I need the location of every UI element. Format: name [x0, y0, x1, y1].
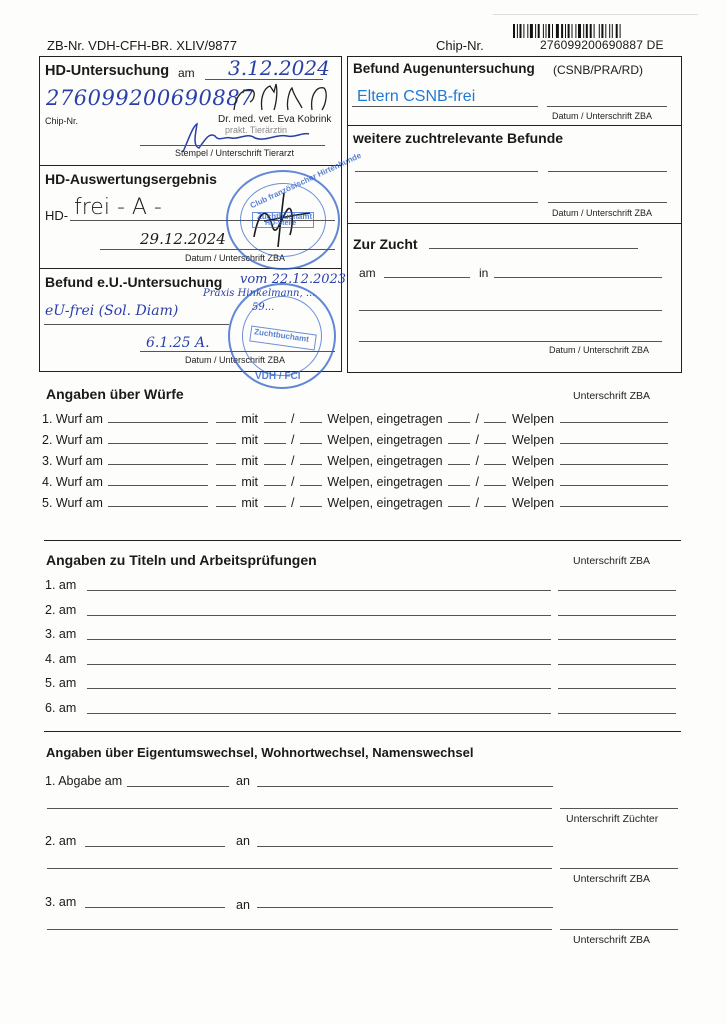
wurf-welpen-label: Welpen, eingetragen [327, 433, 442, 447]
titel-entry-field[interactable] [87, 713, 551, 714]
wurf-female-count-field[interactable] [300, 475, 322, 486]
wechsel-an-label: an [236, 834, 250, 848]
titel-row-label: 2. am [45, 603, 76, 617]
section-divider-2 [44, 731, 681, 732]
wurf-mit-label: mit [241, 412, 258, 426]
hd-result-value[interactable]: frei - A - [74, 195, 162, 220]
wurf-row: 1. Wurf am mit / Welpen, eingetragen / W… [42, 412, 670, 426]
wurf-male-count-field[interactable] [264, 433, 286, 444]
section-divider-1 [44, 540, 681, 541]
wechsel-address-field[interactable] [47, 868, 552, 869]
animal-pictograms-icon [230, 80, 330, 116]
wurf-welpen2-label: Welpen [512, 475, 554, 489]
wurf-welpen-label: Welpen, eingetragen [327, 496, 442, 510]
wechsel-row-label: 3. am [45, 895, 76, 909]
hd-untersuchung-chip-label: Chip-Nr. [45, 116, 78, 126]
wurf-registered-male-field[interactable] [448, 454, 470, 465]
wurf-year-field[interactable] [216, 496, 236, 507]
wurf-welpen2-label: Welpen [512, 412, 554, 426]
wechsel-recipient-field[interactable] [257, 846, 553, 847]
wurf-welpen2-label: Welpen [512, 496, 554, 510]
eu-result[interactable]: eU-frei (Sol. Diam) [45, 303, 178, 319]
wurf-registered-female-field[interactable] [484, 475, 506, 486]
hd-untersuchung-date[interactable]: 3.12.2024 [228, 56, 330, 80]
wurf-female-count-field[interactable] [300, 412, 322, 423]
titel-signature-label: Unterschrift ZBA [573, 555, 650, 567]
wurf-male-count-field[interactable] [264, 454, 286, 465]
wurf-registered-female-field[interactable] [484, 433, 506, 444]
titel-signature-field[interactable] [558, 688, 676, 689]
wurf-row: 3. Wurf am mit / Welpen, eingetragen / W… [42, 454, 670, 468]
wurf-female-count-field[interactable] [300, 454, 322, 465]
hd-untersuchung-title: HD-Untersuchung [45, 63, 169, 79]
club-stamp-2-bottom: VDH / FCI [255, 371, 301, 382]
weitere-line-2[interactable] [355, 202, 538, 203]
augen-value-line[interactable] [352, 106, 538, 107]
wurf-label: 1. Wurf am [42, 412, 103, 426]
wechsel-signature-label: Unterschrift ZBA [573, 934, 650, 946]
eu-date[interactable]: 6.1.25 A. [146, 335, 210, 351]
weitere-title: weitere zuchtrelevante Befunde [353, 130, 563, 146]
wechsel-address-field[interactable] [47, 808, 552, 809]
club-stamp-1-sub: HD-Stelle [265, 220, 296, 227]
wurf-male-count-field[interactable] [264, 496, 286, 507]
wurf-registered-female-field[interactable] [484, 496, 506, 507]
wurf-male-count-field[interactable] [264, 412, 286, 423]
eu-result-line[interactable] [44, 324, 229, 325]
wurf-female-count-field[interactable] [300, 433, 322, 444]
wurf-label: 4. Wurf am [42, 475, 103, 489]
titel-entry-field[interactable] [87, 590, 551, 591]
wechsel-date-field[interactable] [85, 907, 225, 908]
wurf-mit-label: mit [241, 496, 258, 510]
titel-signature-field[interactable] [558, 615, 676, 616]
wechsel-an-label: an [236, 774, 250, 788]
wechsel-signature-label: Unterschrift Züchter [566, 813, 658, 825]
wechsel-signature-field[interactable] [560, 808, 678, 809]
zb-number: ZB-Nr. VDH-CFH-BR. XLIV/9877 [47, 38, 237, 53]
wurf-label: 3. Wurf am [42, 454, 103, 468]
titel-entry-field[interactable] [87, 615, 551, 616]
wurf-registered-male-field[interactable] [448, 475, 470, 486]
wurf-date-field[interactable] [108, 433, 208, 444]
wurf-welpen-label: Welpen, eingetragen [327, 475, 442, 489]
wurf-welpen2-label: Welpen [512, 433, 554, 447]
titel-row-label: 1. am [45, 578, 76, 592]
wurf-mit-label: mit [241, 433, 258, 447]
titel-row-label: 3. am [45, 627, 76, 641]
wurf-registered-male-field[interactable] [448, 496, 470, 507]
wurf-mit-label: mit [241, 454, 258, 468]
zucht-line[interactable] [429, 248, 638, 249]
wurf-registered-male-field[interactable] [448, 433, 470, 444]
wurf-date-field[interactable] [108, 412, 208, 423]
zucht-am-line[interactable] [384, 277, 470, 278]
wechsel-recipient-field[interactable] [257, 907, 553, 908]
weitere-sig-line-1[interactable] [548, 171, 667, 172]
wuerfe-signature-label: Unterschrift ZBA [573, 390, 650, 402]
wechsel-title: Angaben über Eigentumswechsel, Wohnortwe… [46, 745, 473, 760]
zucht-title: Zur Zucht [353, 236, 418, 252]
zucht-am-label: am [359, 266, 376, 280]
wurf-male-count-field[interactable] [264, 475, 286, 486]
titel-signature-field[interactable] [558, 713, 676, 714]
wurf-signature-field[interactable] [560, 475, 668, 486]
titel-row-label: 4. am [45, 652, 76, 666]
zucht-in-label: in [479, 266, 488, 280]
barcode-divider [493, 14, 698, 15]
wurf-row: 5. Wurf am mit / Welpen, eingetragen / W… [42, 496, 670, 510]
wurf-date-field[interactable] [108, 475, 208, 486]
barcode-number: 276099200690887 DE [540, 38, 664, 52]
titel-signature-field[interactable] [558, 590, 676, 591]
wechsel-date-field[interactable] [85, 846, 225, 847]
wechsel-date-field[interactable] [127, 786, 229, 787]
augen-signature-label: Datum / Unterschrift ZBA [552, 111, 652, 121]
titel-signature-field[interactable] [558, 639, 676, 640]
hd-untersuchung-am-label: am [178, 66, 195, 80]
hd-auswertung-title: HD-Auswertungsergebnis [45, 171, 217, 187]
wurf-signature-field[interactable] [560, 454, 668, 465]
wechsel-row-label: 1. Abgabe am [45, 774, 122, 788]
vet-signature-label: Stempel / Unterschrift Tierarzt [175, 148, 294, 158]
wurf-label: 2. Wurf am [42, 433, 103, 447]
wurf-registered-female-field[interactable] [484, 412, 506, 423]
zucht-in-line[interactable] [494, 277, 662, 278]
zucht-line-3[interactable] [359, 341, 662, 342]
titel-entry-field[interactable] [87, 688, 551, 689]
wurf-signature-field[interactable] [560, 412, 668, 423]
vet-signature-line[interactable] [140, 145, 325, 146]
wurf-year-field[interactable] [216, 475, 236, 486]
wurf-year-field[interactable] [216, 412, 236, 423]
wurf-welpen2-label: Welpen [512, 454, 554, 468]
wurf-date-field[interactable] [108, 496, 208, 507]
titel-row-label: 6. am [45, 701, 76, 715]
titel-title: Angaben zu Titeln und Arbeitsprüfungen [46, 552, 317, 568]
augen-value[interactable]: Eltern CSNB-frei [357, 88, 475, 106]
wurf-signature-field[interactable] [560, 496, 668, 507]
zucht-line-2[interactable] [359, 310, 662, 311]
hd-auswertung-date[interactable]: 29.12.2024 [140, 230, 226, 248]
wechsel-address-field[interactable] [47, 929, 552, 930]
wechsel-signature-label: Unterschrift ZBA [573, 873, 650, 885]
wurf-mit-label: mit [241, 475, 258, 489]
augen-title: Befund Augenuntersuchung [353, 61, 535, 76]
wurf-year-field[interactable] [216, 454, 236, 465]
wurf-signature-field[interactable] [560, 433, 668, 444]
titel-signature-field[interactable] [558, 664, 676, 665]
barcode [513, 24, 669, 38]
wechsel-recipient-field[interactable] [257, 786, 553, 787]
wurf-row: 4. Wurf am mit / Welpen, eingetragen / W… [42, 475, 670, 489]
wechsel-signature-field[interactable] [560, 929, 678, 930]
augen-subtitle: (CSNB/PRA/RD) [553, 63, 643, 77]
wurf-welpen-label: Welpen, eingetragen [327, 454, 442, 468]
zucht-signature-label: Datum / Unterschrift ZBA [549, 345, 649, 355]
weitere-sig-line-2[interactable] [548, 202, 667, 203]
wurf-row: 2. Wurf am mit / Welpen, eingetragen / W… [42, 433, 670, 447]
wechsel-an-label: an [236, 898, 250, 912]
wuerfe-title: Angaben über Würfe [46, 386, 184, 402]
hd-prefix-label: HD- [45, 208, 68, 223]
hd-untersuchung-chip[interactable]: 276099200690887 [46, 86, 254, 110]
titel-row-label: 5. am [45, 676, 76, 690]
augen-signature-line[interactable] [547, 106, 667, 107]
wechsel-signature-field[interactable] [560, 868, 678, 869]
wurf-registered-male-field[interactable] [448, 412, 470, 423]
chip-label-top: Chip-Nr. [436, 38, 484, 53]
wurf-female-count-field[interactable] [300, 496, 322, 507]
weitere-signature-label: Datum / Unterschrift ZBA [552, 208, 652, 218]
weitere-line-1[interactable] [355, 171, 538, 172]
wurf-welpen-label: Welpen, eingetragen [327, 412, 442, 426]
eu-untersuchung-title: Befund e.U.-Untersuchung [45, 274, 222, 290]
wurf-label: 5. Wurf am [42, 496, 103, 510]
wurf-year-field[interactable] [216, 433, 236, 444]
wechsel-row-label: 2. am [45, 834, 76, 848]
titel-entry-field[interactable] [87, 639, 551, 640]
wurf-registered-female-field[interactable] [484, 454, 506, 465]
wurf-date-field[interactable] [108, 454, 208, 465]
titel-entry-field[interactable] [87, 664, 551, 665]
